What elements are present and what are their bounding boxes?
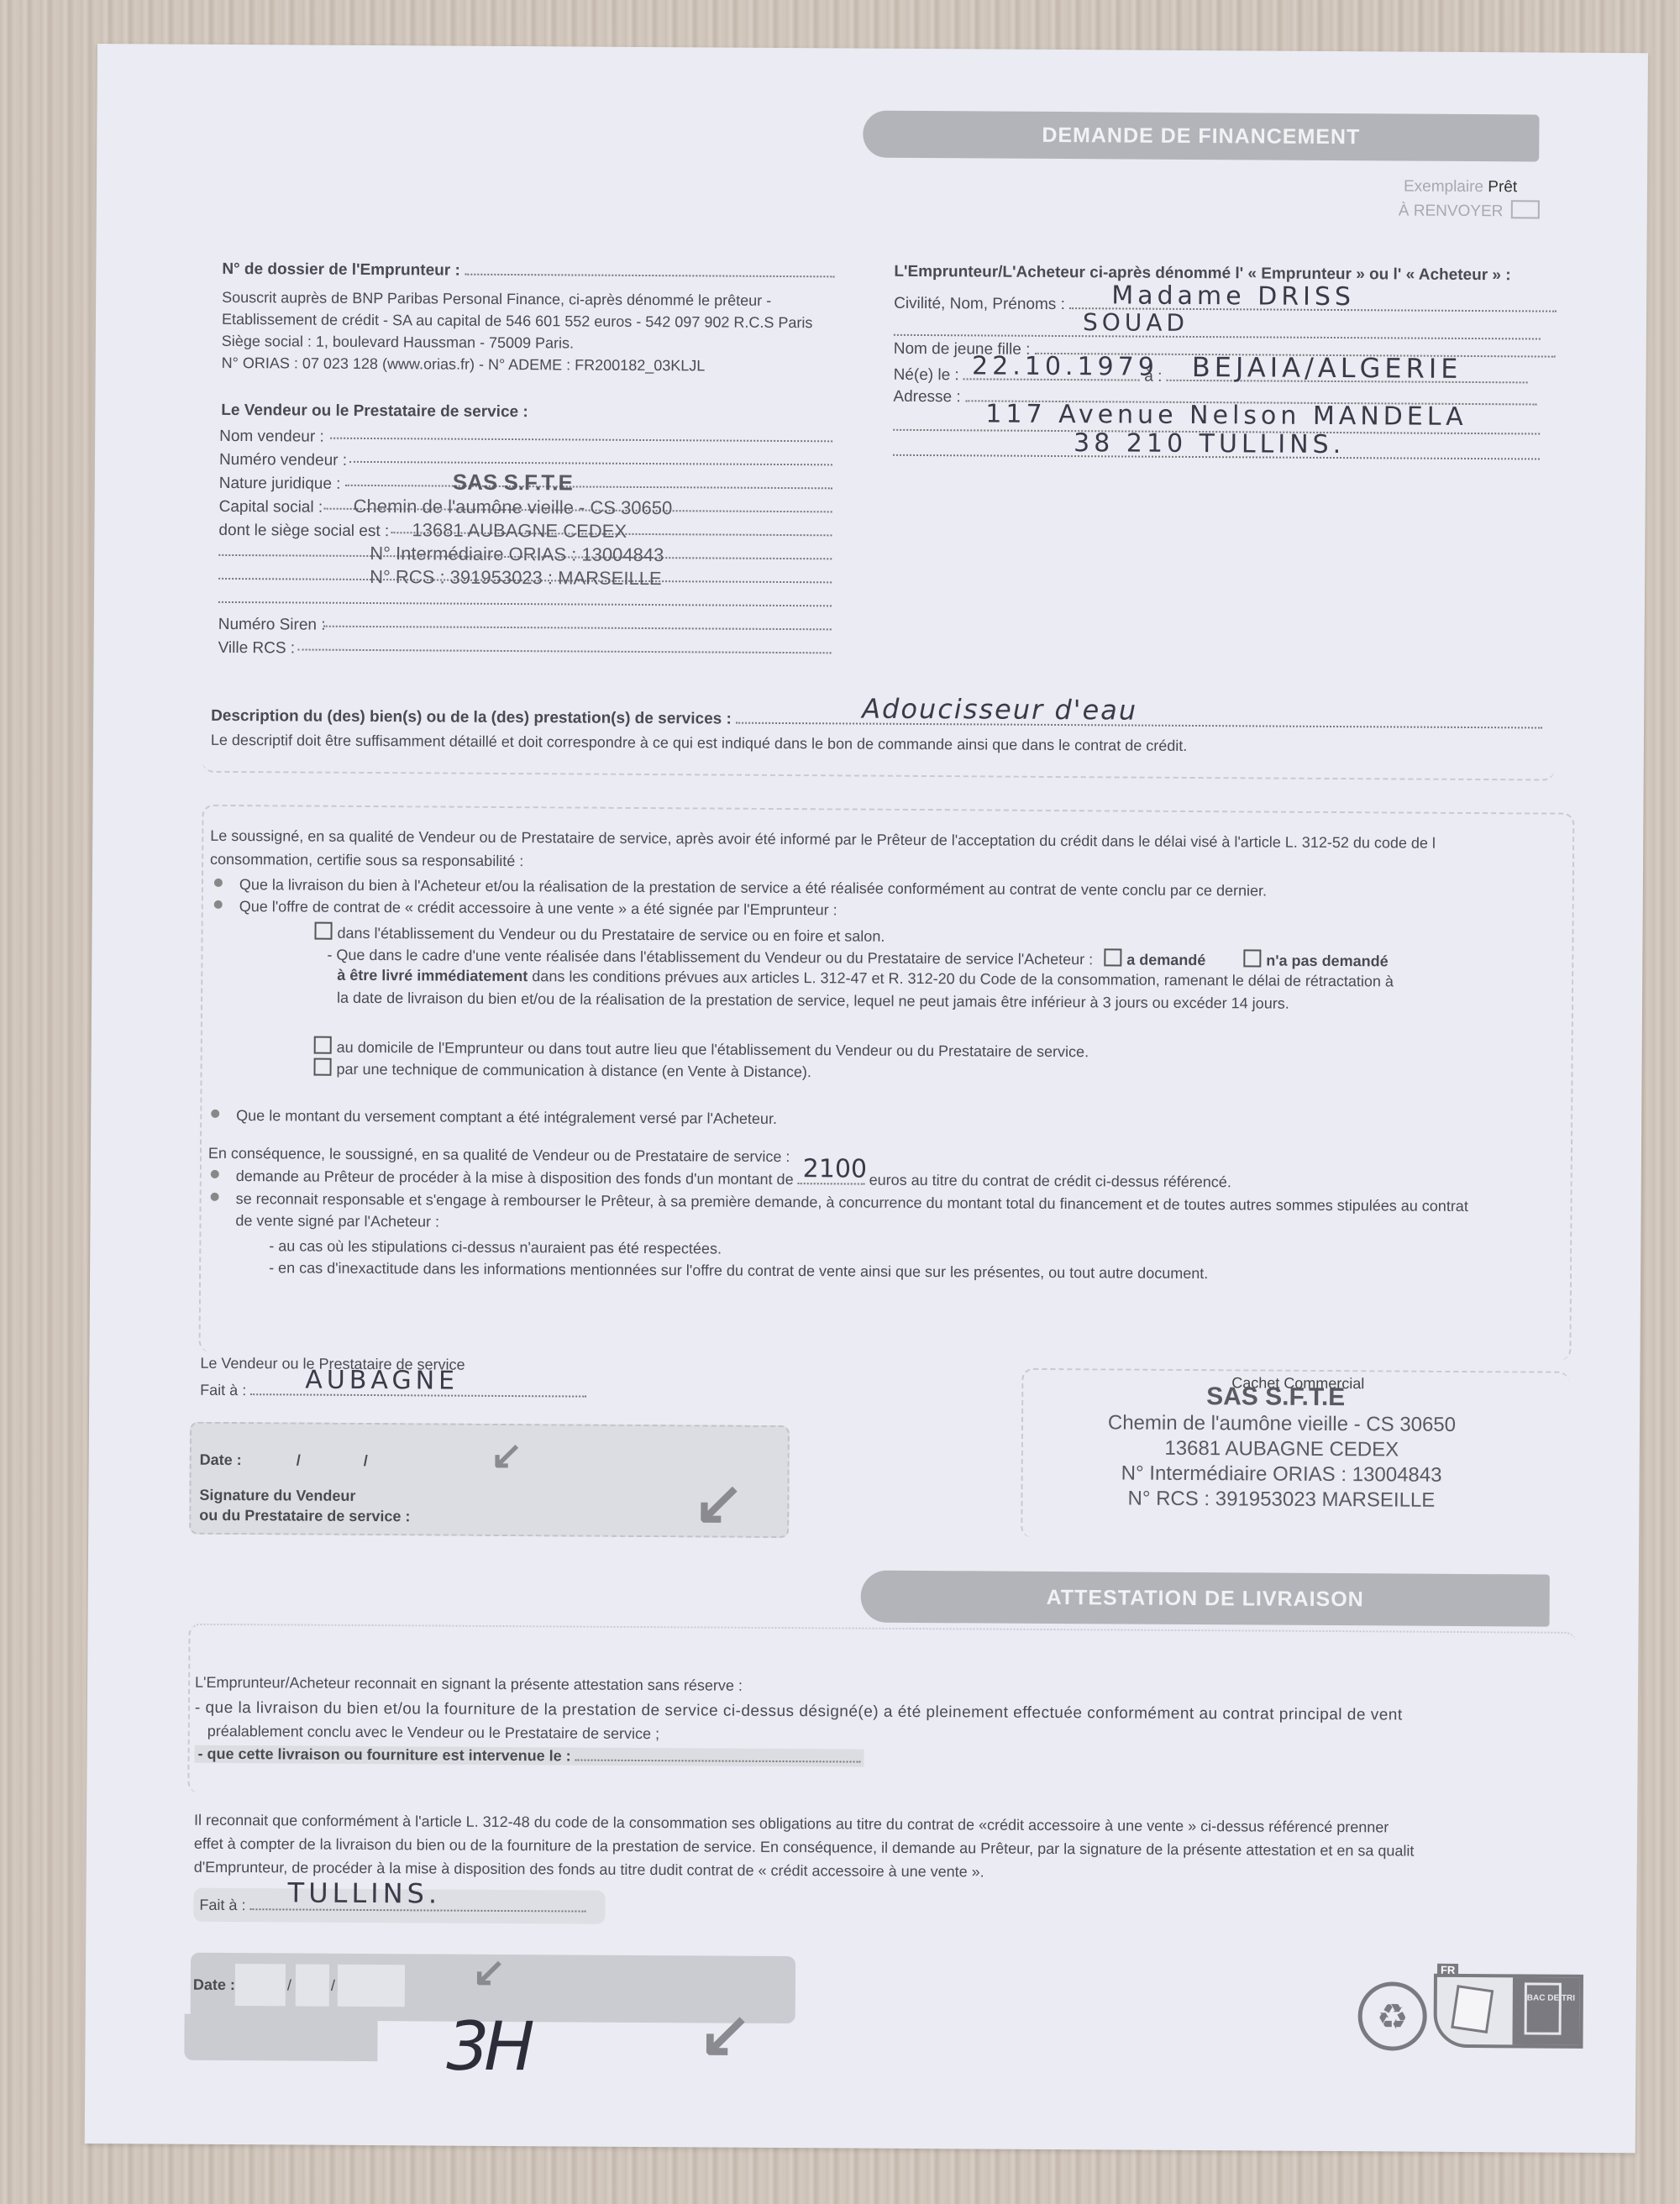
case-1: - au cas où les stipulations ci-dessus n… xyxy=(269,1237,722,1257)
description-value: Adoucisseur d'eau xyxy=(862,693,1137,727)
stamp-address: Chemin de l'aumône vieille - CS 30650 13… xyxy=(1088,1410,1475,1514)
option-distance: par une technique de communication à dis… xyxy=(313,1058,811,1082)
date-separator: / xyxy=(364,1452,368,1469)
copy-label: Exemplaire Prêt xyxy=(1404,178,1517,197)
country-code: FR xyxy=(1437,1964,1458,1976)
stamp-line: 13681 AUBAGNE CEDEX xyxy=(1089,1435,1475,1463)
option-domicile-text: au domicile de l'Emprunteur ou dans tout… xyxy=(337,1039,1089,1060)
bullet-icon xyxy=(211,1193,219,1201)
vendor-fait-row: Fait à : AUBAGNE xyxy=(200,1380,586,1402)
arrow-down-left-icon: ↙ xyxy=(491,1432,523,1477)
civilite-field-2[interactable]: SOUAD xyxy=(894,326,1541,340)
option-distance-text: par une technique de communication à dis… xyxy=(336,1061,811,1080)
bullet-icon xyxy=(214,900,223,909)
born-row: Né(e) le : 22.10.1979 à : BEJAIA/ALGERIE xyxy=(894,361,1566,389)
attestation-item-1b: préalablement conclu avec le Vendeur ou … xyxy=(207,1723,659,1743)
civilite-value-2: SOUAD xyxy=(1083,308,1189,337)
born-date-value: 22.10.1979 xyxy=(972,351,1158,381)
dossier-label-text: N° de dossier de l'Emprunteur : xyxy=(222,260,460,280)
info-tri-badge: FR BAC DE TRI xyxy=(1433,1974,1583,2049)
checkbox-distance[interactable] xyxy=(313,1058,331,1076)
bin-area: BAC DE TRI xyxy=(1512,1977,1579,2044)
vendor-fait-label: Fait à : xyxy=(200,1382,246,1398)
date-separator: / xyxy=(297,1451,301,1468)
dossier-field[interactable] xyxy=(465,260,834,278)
request-after: euros au titre du contrat de crédit ci-d… xyxy=(869,1172,1231,1191)
stamp-line: N° RCS : 391953023 MARSEILLE xyxy=(1088,1486,1474,1514)
checkbox-pas-demande[interactable] xyxy=(1243,949,1261,967)
arrow-down-left-icon: ↙ xyxy=(693,1467,744,1537)
stamp-line: Chemin de l'aumône vieille - CS 30650 xyxy=(1089,1410,1475,1438)
attestation-fait-row: Fait à : TULLINS. xyxy=(199,1897,585,1917)
civilite-row: Civilité, Nom, Prénoms : Madame DRISS xyxy=(894,288,1541,317)
engage-line-2: de vente signé par l'Acheteur : xyxy=(235,1212,439,1231)
return-label-text: À RENVOYER xyxy=(1399,202,1504,220)
civilite-value: Madame DRISS xyxy=(1111,281,1355,312)
signature-label-line-2: ou du Prestataire de service : xyxy=(199,1505,410,1527)
attestation-date-label: Date : xyxy=(193,1976,235,1994)
bullet-offre-text: Que l'offre de contrat de « crédit acces… xyxy=(239,898,837,918)
date-separator: / xyxy=(287,1976,291,1994)
bullet-versement-text: Que le montant du versement comptant a é… xyxy=(236,1107,777,1127)
option-a-demande: a demandé xyxy=(1126,952,1205,969)
return-label: À RENVOYER xyxy=(1399,199,1540,221)
civilite-label: Civilité, Nom, Prénoms : xyxy=(894,295,1065,313)
recycling-bin-icon: BAC DE TRI xyxy=(1525,1982,1562,2034)
borrower-signature: 3H xyxy=(446,2007,530,2086)
checkbox-a-demande[interactable] xyxy=(1104,948,1121,966)
bullet-icon xyxy=(214,879,223,887)
consequence-text: En conséquence, le soussigné, en sa qual… xyxy=(208,1145,790,1166)
checkbox-etablissement[interactable] xyxy=(314,922,332,940)
paper-document-icon xyxy=(1451,1985,1494,2033)
bullet-icon xyxy=(211,1170,219,1178)
amount-value: 2100 xyxy=(803,1154,868,1183)
date-year-field[interactable] xyxy=(338,1965,405,2007)
born-date-field[interactable]: 22.10.1979 xyxy=(963,361,1140,380)
request-before: demande au Prêteur de procéder à la mise… xyxy=(236,1168,794,1188)
demande-financement-banner: DEMANDE DE FINANCEMENT xyxy=(863,111,1539,162)
vendor-fait-field[interactable]: AUBAGNE xyxy=(250,1380,586,1397)
checkbox-domicile[interactable] xyxy=(314,1036,332,1054)
attestation-fait-value: TULLINS. xyxy=(287,1876,441,1909)
attestation-banner: ATTESTATION DE LIVRAISON xyxy=(861,1571,1550,1627)
stamp-line: N° Intermédiaire ORIAS : 13004843 xyxy=(1089,1461,1475,1488)
stamp-company: SAS S.F.T.E xyxy=(1206,1383,1345,1412)
amount-field[interactable]: 2100 xyxy=(798,1171,865,1184)
triman-recycle-icon: ♻ xyxy=(1357,1981,1426,2050)
option-etablissement: dans l'établissement du Vendeur ou du Pr… xyxy=(314,922,885,946)
born-place-field[interactable]: BEJAIA/ALGERIE xyxy=(1167,363,1528,384)
attestation-fait-field[interactable]: TULLINS. xyxy=(249,1897,585,1912)
option-etablissement-text: dans l'établissement du Vendeur ou du Pr… xyxy=(337,925,885,945)
document-page: DEMANDE DE FINANCEMENT Exemplaire Prêt À… xyxy=(85,44,1648,2153)
vendor-signature-label: Signature du Vendeur ou du Prestataire d… xyxy=(199,1485,410,1527)
livre-immediatement: à être livré immédiatement xyxy=(337,967,528,984)
date-day-field[interactable] xyxy=(235,1964,286,2006)
arrow-down-left-icon: ↙ xyxy=(472,1949,507,1996)
lender-info: Souscrit auprès de BNP Paribas Personal … xyxy=(222,286,813,377)
attestation-item-2-text: - que cette livraison ou fourniture est … xyxy=(198,1745,571,1765)
option-pas-demande: n'a pas demandé xyxy=(1266,952,1388,970)
attestation-intro: L'Emprunteur/Acheteur reconnait en signa… xyxy=(195,1674,743,1695)
envelope-icon xyxy=(1511,200,1540,218)
vendor-fait-value: AUBAGNE xyxy=(305,1366,459,1396)
copy-label-grey: Exemplaire xyxy=(1404,178,1483,197)
attestation-sign-box[interactable] xyxy=(184,2014,377,2061)
description-label: Description du (des) bien(s) ou de la (d… xyxy=(211,707,732,728)
date-separator: / xyxy=(331,1977,335,1995)
dossier-label: N° de dossier de l'Emprunteur : xyxy=(222,259,834,282)
sub-intro-text: - Que dans le cadre d'une vente réalisée… xyxy=(327,947,1093,968)
bullet-icon xyxy=(211,1110,219,1118)
delivery-date-field[interactable] xyxy=(575,1748,861,1763)
vendor-date-row: Date : / / xyxy=(200,1451,368,1470)
arrow-down-left-icon: ↙ xyxy=(698,1996,752,2070)
lender-line: N° ORIAS : 07 023 128 (www.orias.fr) - N… xyxy=(222,352,813,377)
attestation-paragraph: Il reconnait que conformément à l'articl… xyxy=(194,1808,1415,1887)
vendor-date-label: Date : xyxy=(200,1451,242,1468)
bullet-versement: Que le montant du versement comptant a é… xyxy=(211,1107,777,1128)
born-place-value: BEJAIA/ALGERIE xyxy=(1192,351,1462,385)
attestation-fait-label: Fait à : xyxy=(199,1897,245,1913)
signature-label-line-1: Signature du Vendeur xyxy=(199,1485,410,1507)
copy-label-dark: Prêt xyxy=(1488,178,1517,196)
certification-intro: Le soussigné, en sa qualité de Vendeur o… xyxy=(210,824,1436,879)
date-month-field[interactable] xyxy=(296,1964,329,2006)
born-label: Né(e) le : xyxy=(894,366,959,384)
